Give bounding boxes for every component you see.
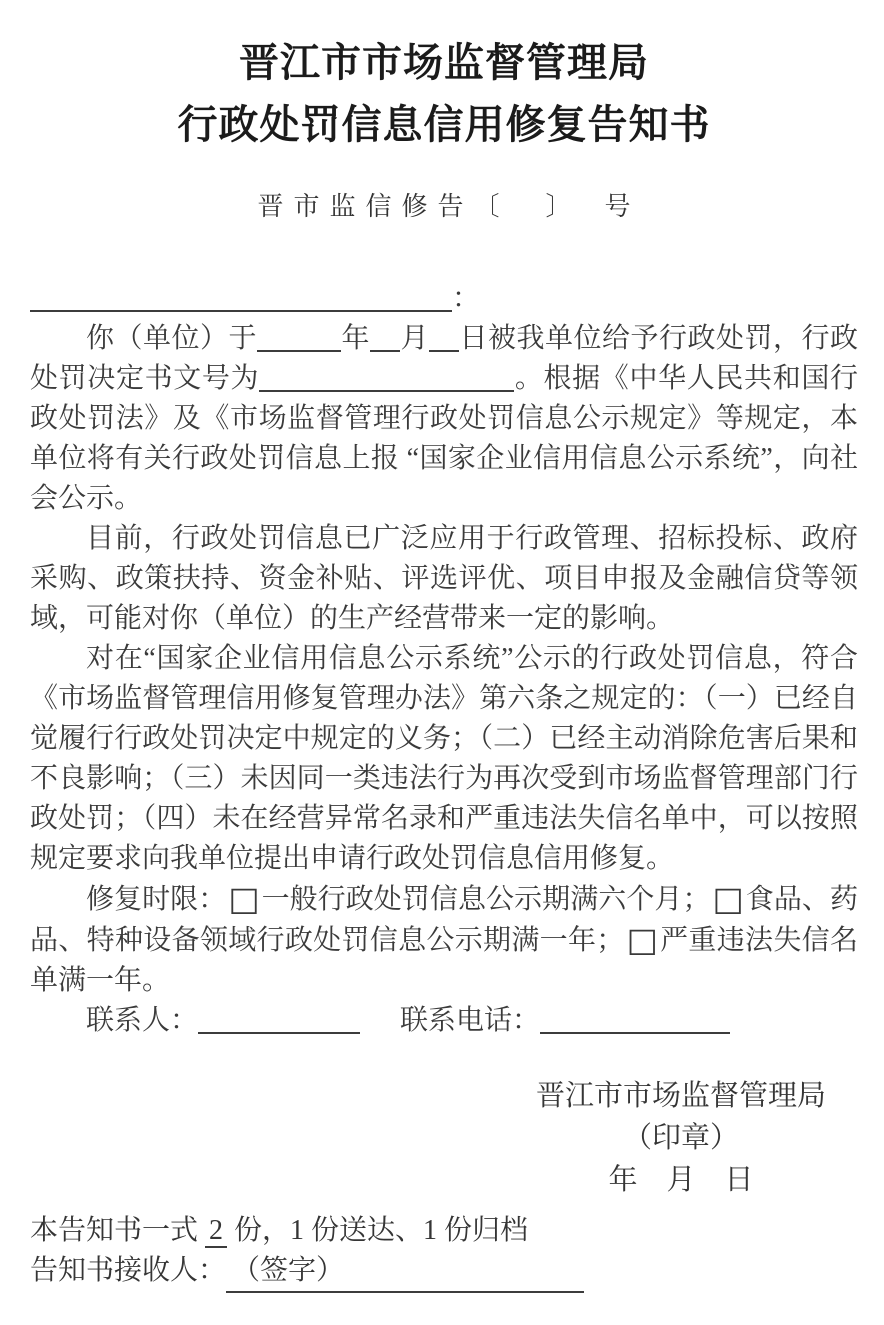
paragraph-penalty-notice: 你（单位）于年月日被我单位给予行政处罚，行政处罚决定书文号为。根据《中华人民共和… — [30, 319, 858, 519]
contact-person-blank-field — [198, 1004, 360, 1034]
document-body: ： 你（单位）于年月日被我单位给予行政处罚，行政处罚决定书文号为。根据《中华人民… — [30, 279, 858, 1041]
addressee-colon: ： — [452, 283, 480, 314]
receiver-signature-field: （签字） — [226, 1251, 584, 1293]
copies-count: 2 — [205, 1215, 227, 1248]
paragraph-repair-conditions: 对在“国家企业信用信息公示系统”公示的行政处罚信息，符合《市场监督管理信用修复管… — [30, 639, 858, 879]
p1-seg1: 你（单位）于 — [86, 323, 257, 354]
signature-date: 年 月 日 — [536, 1159, 826, 1201]
repair-terms-label: 修复时限： — [86, 884, 226, 915]
decision-number-blank-field — [259, 362, 514, 392]
checkbox-serious-violation-icon: □ — [626, 920, 658, 959]
signature-hint: （签字） — [232, 1255, 344, 1286]
contact-line: 联系人：联系电话： — [30, 1001, 858, 1041]
p1-seg2: 年 — [341, 323, 370, 354]
copies-pre: 本告知书一式 — [30, 1215, 205, 1246]
paragraph-repair-terms: 修复时限：□一般行政处罚信息公示期满六个月；□食品、药品、特种设备领域行政处罚信… — [30, 879, 858, 1001]
copies-note: 本告知书一式 2 份，1 份送达、1 份归档 — [30, 1211, 858, 1251]
contact-phone-blank-field — [540, 1004, 730, 1034]
p1-seg3: 月 — [400, 323, 429, 354]
year-blank-field — [257, 322, 341, 352]
org-title: 晋江市市场监督管理局 — [30, 38, 858, 88]
checkbox-food-drug-special-icon: □ — [712, 879, 743, 918]
footer-notes: 本告知书一式 2 份，1 份送达、1 份归档 告知书接收人：（签字） — [30, 1211, 858, 1293]
contact-person-label: 联系人： — [86, 1005, 198, 1036]
receiver-line: 告知书接收人：（签字） — [30, 1251, 858, 1293]
notice-document: 晋江市市场监督管理局 行政处罚信息信用修复告知书 晋市监信修告〔 〕 号 ： 你… — [0, 0, 884, 1325]
addressee-line: ： — [30, 279, 858, 319]
copies-post: 份，1 份送达、1 份归档 — [227, 1215, 528, 1246]
checkbox-general-penalty-icon: □ — [228, 879, 259, 918]
doc-number-line: 晋市监信修告〔 〕 号 — [30, 186, 858, 223]
signature-seal: （印章） — [536, 1117, 826, 1159]
receiver-label: 告知书接收人： — [30, 1255, 226, 1286]
signature-org: 晋江市市场监督管理局 — [536, 1075, 826, 1117]
repair-terms-option1: 一般行政处罚信息公示期满六个月； — [262, 884, 711, 915]
signature-block: 晋江市市场监督管理局 （印章） 年 月 日 — [536, 1075, 826, 1201]
contact-phone-label: 联系电话： — [400, 1005, 540, 1036]
addressee-blank-field — [30, 282, 452, 312]
paragraph-usage-impact: 目前，行政处罚信息已广泛应用于行政管理、招标投标、政府采购、政策扶持、资金补贴、… — [30, 519, 858, 639]
day-blank-field — [429, 322, 459, 352]
month-blank-field — [370, 322, 400, 352]
doc-title: 行政处罚信息信用修复告知书 — [30, 100, 858, 150]
